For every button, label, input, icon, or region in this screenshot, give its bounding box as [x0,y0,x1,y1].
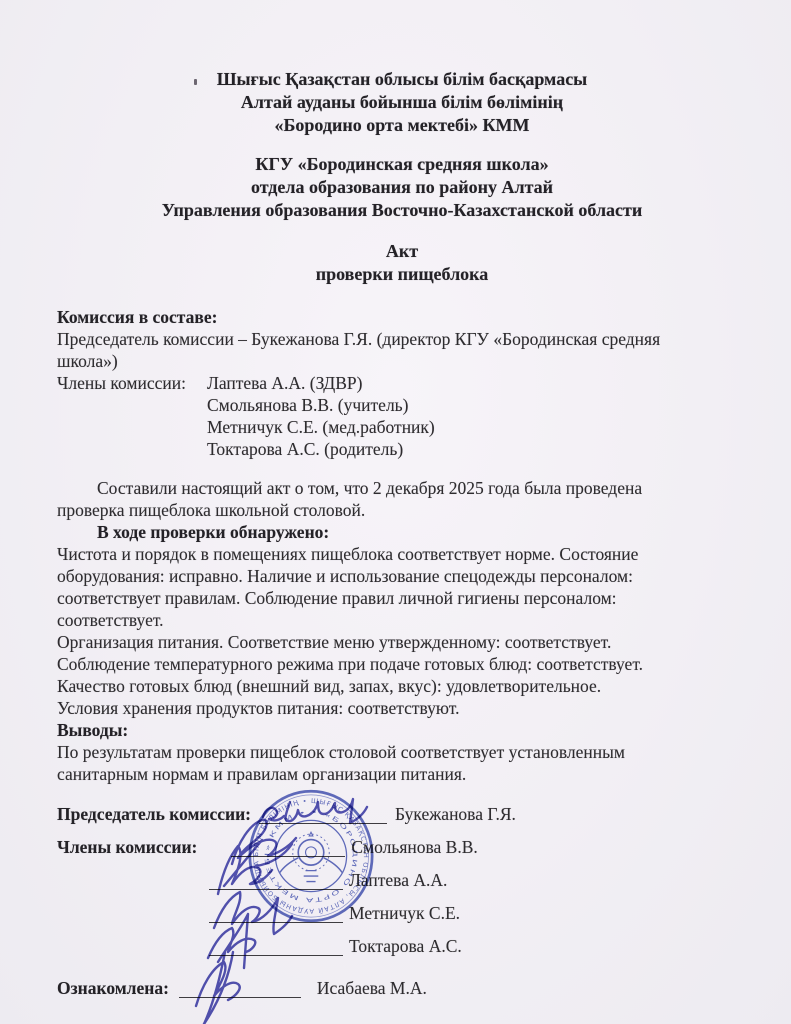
signature-name: Токтарова А.С. [349,936,462,956]
act-body: Составили настоящий акт о том, что 2 дек… [57,477,747,785]
signature-line [179,977,301,998]
official-round-stamp: ШЫҒЫС ҚАЗАҚСТАН ОБЛЫСЫ, АЛТАЙ АУДАНЫ БОЙ… [238,782,384,930]
body-line: Условия хранения продуктов питания: соот… [57,697,747,719]
body-line: Качество готовых блюд (внешний вид, запа… [57,675,747,697]
header-line: Управления образования Восточно-Казахста… [57,199,747,222]
header-russian: КГУ «Бородинская средняя школа» отдела о… [57,153,747,222]
signature-line [209,935,343,956]
scan-speck [194,79,197,85]
signature-section: Председатель комиссии: Букежанова Г.Я. Ч… [57,791,747,998]
document-content: Шығыс Қазақстан облысы білім басқармасы … [57,0,747,998]
header-line: Алтай ауданы бойынша білім бөлімінің [57,91,747,114]
conclusions-heading: Выводы: [57,719,747,741]
member-name: Метничук С.Е. (мед.работник) [207,417,435,437]
body-line: соответствует правилам. Соблюдение прави… [57,587,747,609]
body-line: проверка пищеблока школьной столовой. [57,499,747,521]
signature-label: Члены комиссии: [57,837,197,857]
header-line: отдела образования по району Алтай [57,176,747,199]
title-line: Акт [57,240,747,263]
member-name: Смольянова В.В. (учитель) [207,395,409,415]
signature-label: Председатель комиссии: [57,804,251,824]
member-name: Лаптева А.А. (ЗДВР) [207,373,362,393]
body-line: оборудования: исправно. Наличие и исполь… [57,565,747,587]
acknowledged-label: Ознакомлена: [57,978,169,998]
commission-member-row: Токтарова А.С. (родитель) [57,438,747,460]
commission-chair: Председатель комиссии – Букежанова Г.Я. … [57,328,747,350]
signature-row-chair: Председатель комиссии: Букежанова Г.Я. [57,791,747,824]
header-line: Шығыс Қазақстан облысы білім басқармасы [57,68,747,91]
commission-chair: школа») [57,350,747,372]
body-line: соответствует. [57,609,747,631]
body-line: Чистота и порядок в помещениях пищеблока… [57,543,747,565]
signature-name: Исабаева М.А. [317,978,427,998]
header-line: КГУ «Бородинская средняя школа» [57,153,747,176]
stamp-emblem [280,832,342,881]
signature-row-member: Лаптева А.А. [57,857,747,890]
signature-name: Букежанова Г.Я. [395,804,516,824]
commission-heading: Комиссия в составе: [57,306,747,328]
body-line: По результатам проверки пищеблок столово… [57,741,747,763]
members-label: Члены комиссии: [57,372,207,394]
findings-heading: В ходе проверки обнаружено: [57,521,747,543]
commission-member-row: Смольянова В.В. (учитель) [57,394,747,416]
header-kazakh: Шығыс Қазақстан облысы білім басқармасы … [57,0,747,137]
acknowledged-row: Ознакомлена: Исабаева М.А. [57,965,747,998]
member-name: Токтарова А.С. (родитель) [207,439,403,459]
scanned-act-document: Шығыс Қазақстан облысы білім басқармасы … [0,0,791,1024]
signature-row-member: Токтарова А.С. [57,923,747,956]
body-line: Организация питания. Соответствие меню у… [57,631,747,653]
body-line: Соблюдение температурного режима при под… [57,653,747,675]
body-line: санитарным нормам и правилам организации… [57,763,747,785]
signature-row-member: Члены комиссии: Смольянова В.В. [57,824,747,857]
header-line: «Бородино орта мектебі» КММ [57,114,747,137]
commission-member-row: Члены комиссии:Лаптева А.А. (ЗДВР) [57,372,747,394]
commission-member-row: Метничук С.Е. (мед.работник) [57,416,747,438]
stamp-inner-text: • «БОРОДИНО ОРТА МЕКТЕБІ» КММ • [264,809,358,903]
title-line: проверки пищеблока [57,263,747,286]
document-title: Акт проверки пищеблока [57,240,747,286]
body-line: Составили настоящий акт о том, что 2 дек… [57,477,747,499]
commission-section: Комиссия в составе: Председатель комисси… [57,306,747,460]
signature-row-member: Метничук С.Е. [57,890,747,923]
